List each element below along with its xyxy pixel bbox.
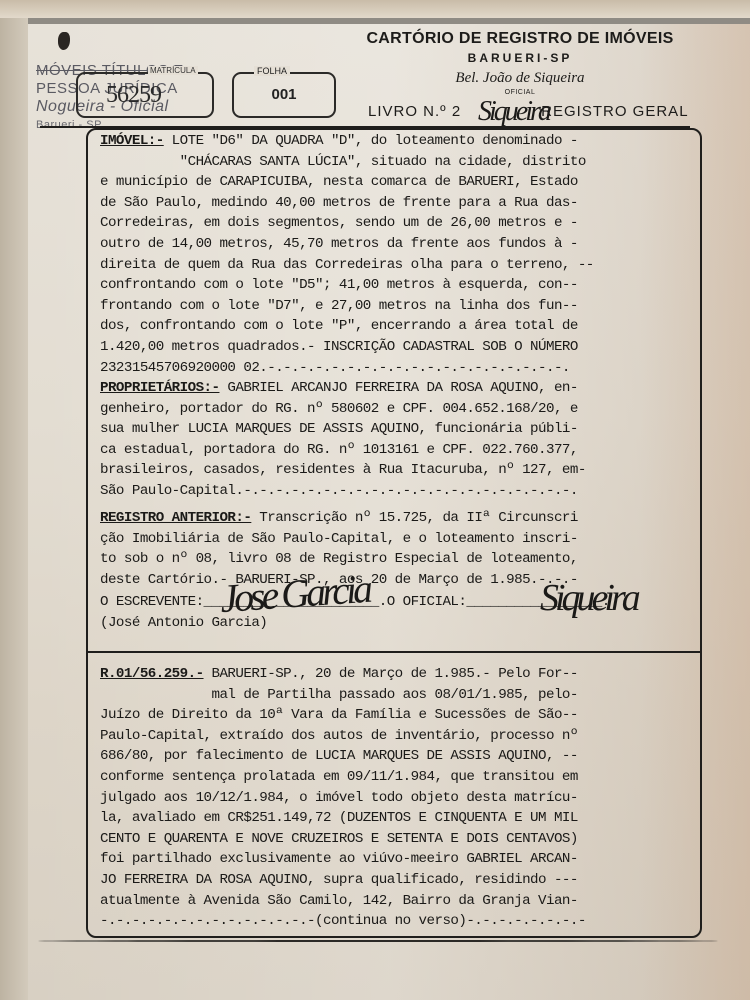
- imovel-line: outro de 14,00 metros, 45,70 metros da f…: [100, 236, 578, 252]
- r01-line: atualmente à Avenida São Camilo, 142, Ba…: [100, 893, 578, 909]
- header-signature: Siqueira: [478, 96, 549, 128]
- r01-line: la, avaliado em CR$251.149,72 (DUZENTOS …: [100, 810, 578, 826]
- proprietarios-label: PROPRIETÁRIOS:-: [100, 380, 219, 396]
- r01-line: CENTO E QUARENTA E NOVE CRUZEIROS E SETE…: [100, 831, 578, 847]
- escrevente-label: O ESCREVENTE:: [100, 594, 204, 610]
- proprietarios-line: ca estadual, portadora do RG. nº 1013161…: [100, 442, 578, 458]
- r01-line: 686/80, por falecimento de LUCIA MARQUES…: [100, 748, 578, 764]
- r01-line: JO FERREIRA DA ROSA AQUINO, supra qualif…: [100, 872, 578, 888]
- registry-officer-role: OFICIAL: [340, 89, 700, 96]
- imovel-line: de São Paulo, medindo 40,00 metros de fr…: [100, 195, 578, 211]
- registro-anterior-line: ção Imobiliária de São Paulo-Capital, e …: [100, 531, 578, 547]
- oficial-signature: Siqueira: [540, 576, 637, 620]
- imovel-line: "CHÁCARAS SANTA LÚCIA", situado na cidad…: [100, 154, 586, 170]
- proprietarios-line: sua mulher LUCIA MARQUES DE ASSIS AQUINO…: [100, 421, 578, 437]
- registry-title: CARTÓRIO DE REGISTRO DE IMÓVEIS: [340, 30, 700, 48]
- oficial-label: O OFICIAL:: [387, 594, 467, 610]
- imovel-label: IMÓVEL:-: [100, 133, 164, 149]
- imovel-line: confrontando com o lote "D5"; 41,00 metr…: [100, 277, 578, 293]
- r01-line: Paulo-Capital, extraído dos autos de inv…: [100, 728, 578, 744]
- matricula-box: MATRÍCULA 56259: [76, 72, 214, 118]
- proprietarios-line: brasileiros, casados, residentes à Rua I…: [100, 462, 586, 478]
- registry-city: BARUERI-SP: [340, 51, 700, 65]
- section-imovel: IMÓVEL:- LOTE "D6" DA QUADRA "D", do lot…: [100, 131, 690, 378]
- section-r01: R.01/56.259.- BARUERI-SP., 20 de Março d…: [100, 664, 690, 932]
- r01-line: BARUERI-SP., 20 de Março de 1.985.- Pelo…: [204, 666, 578, 682]
- r01-line: Juízo de Direito da 10ª Vara da Família …: [100, 707, 578, 723]
- r01-line: -.-.-.-.-.-.-.-.-.-.-.-.-.-(continua no …: [100, 913, 586, 929]
- imovel-line: 23231545706920000 02.-.-.-.-.-.-.-.-.-.-…: [100, 360, 570, 376]
- imovel-line: frontando com o lote "D7", e 27,00 metro…: [100, 298, 578, 314]
- registro-anterior-line: to sob o nº 08, livro 08 de Registro Esp…: [100, 551, 578, 567]
- matricula-number: 56259: [106, 82, 161, 109]
- imovel-line: Corredeiras, em dois segmentos, sendo um…: [100, 215, 578, 231]
- r01-label: R.01/56.259.-: [100, 666, 204, 682]
- r01-line: julgado aos 10/12/1.984, o imóvel todo o…: [100, 790, 578, 806]
- folha-number: 001: [234, 86, 334, 103]
- background-top-edge: [0, 0, 750, 18]
- imovel-line: dos, confrontando com o lote "P", encerr…: [100, 318, 578, 334]
- matricula-label: MATRÍCULA: [148, 66, 198, 75]
- section-divider: [86, 651, 700, 653]
- registro-anterior-label: REGISTRO ANTERIOR:-: [100, 510, 251, 526]
- folha-label: FOLHA: [254, 66, 290, 76]
- livro-number: LIVRO N.º 2: [368, 103, 461, 120]
- proprietarios-line: genheiro, portador do RG. nº 580602 e CP…: [100, 401, 578, 417]
- imovel-line: 1.420,00 metros quadrados.- INSCRIÇÃO CA…: [100, 339, 578, 355]
- section-proprietarios: PROPRIETÁRIOS:- GABRIEL ARCANJO FERREIRA…: [100, 378, 690, 502]
- r01-line: conforme sentença prolatada em 09/11/1.9…: [100, 769, 578, 785]
- proprietarios-line: GABRIEL ARCANJO FERREIRA DA ROSA AQUINO,…: [219, 380, 577, 396]
- r01-line: mal de Partilha passado aos 08/01/1.985,…: [100, 687, 578, 703]
- imovel-line: LOTE "D6" DA QUADRA "D", do loteamento d…: [164, 133, 578, 149]
- ink-blot-icon: [58, 32, 70, 50]
- r01-line: foi partilhado exclusivamente ao viúvo-m…: [100, 851, 578, 867]
- registro-anterior-line: Transcrição nº 15.725, da IIª Circunscri: [251, 510, 578, 526]
- proprietarios-line: São Paulo-Capital.-.-.-.-.-.-.-.-.-.-.-.…: [100, 483, 578, 499]
- folha-box: FOLHA 001: [232, 72, 336, 118]
- livro-type: REGISTRO GERAL: [541, 103, 688, 120]
- registry-officer: Bel. João de Siqueira: [340, 70, 700, 87]
- imovel-line: e município de CARAPICUIBA, nesta comarc…: [100, 174, 578, 190]
- imovel-line: direita de quem da Rua das Corredeiras o…: [100, 257, 594, 273]
- bottom-rule: [38, 940, 718, 942]
